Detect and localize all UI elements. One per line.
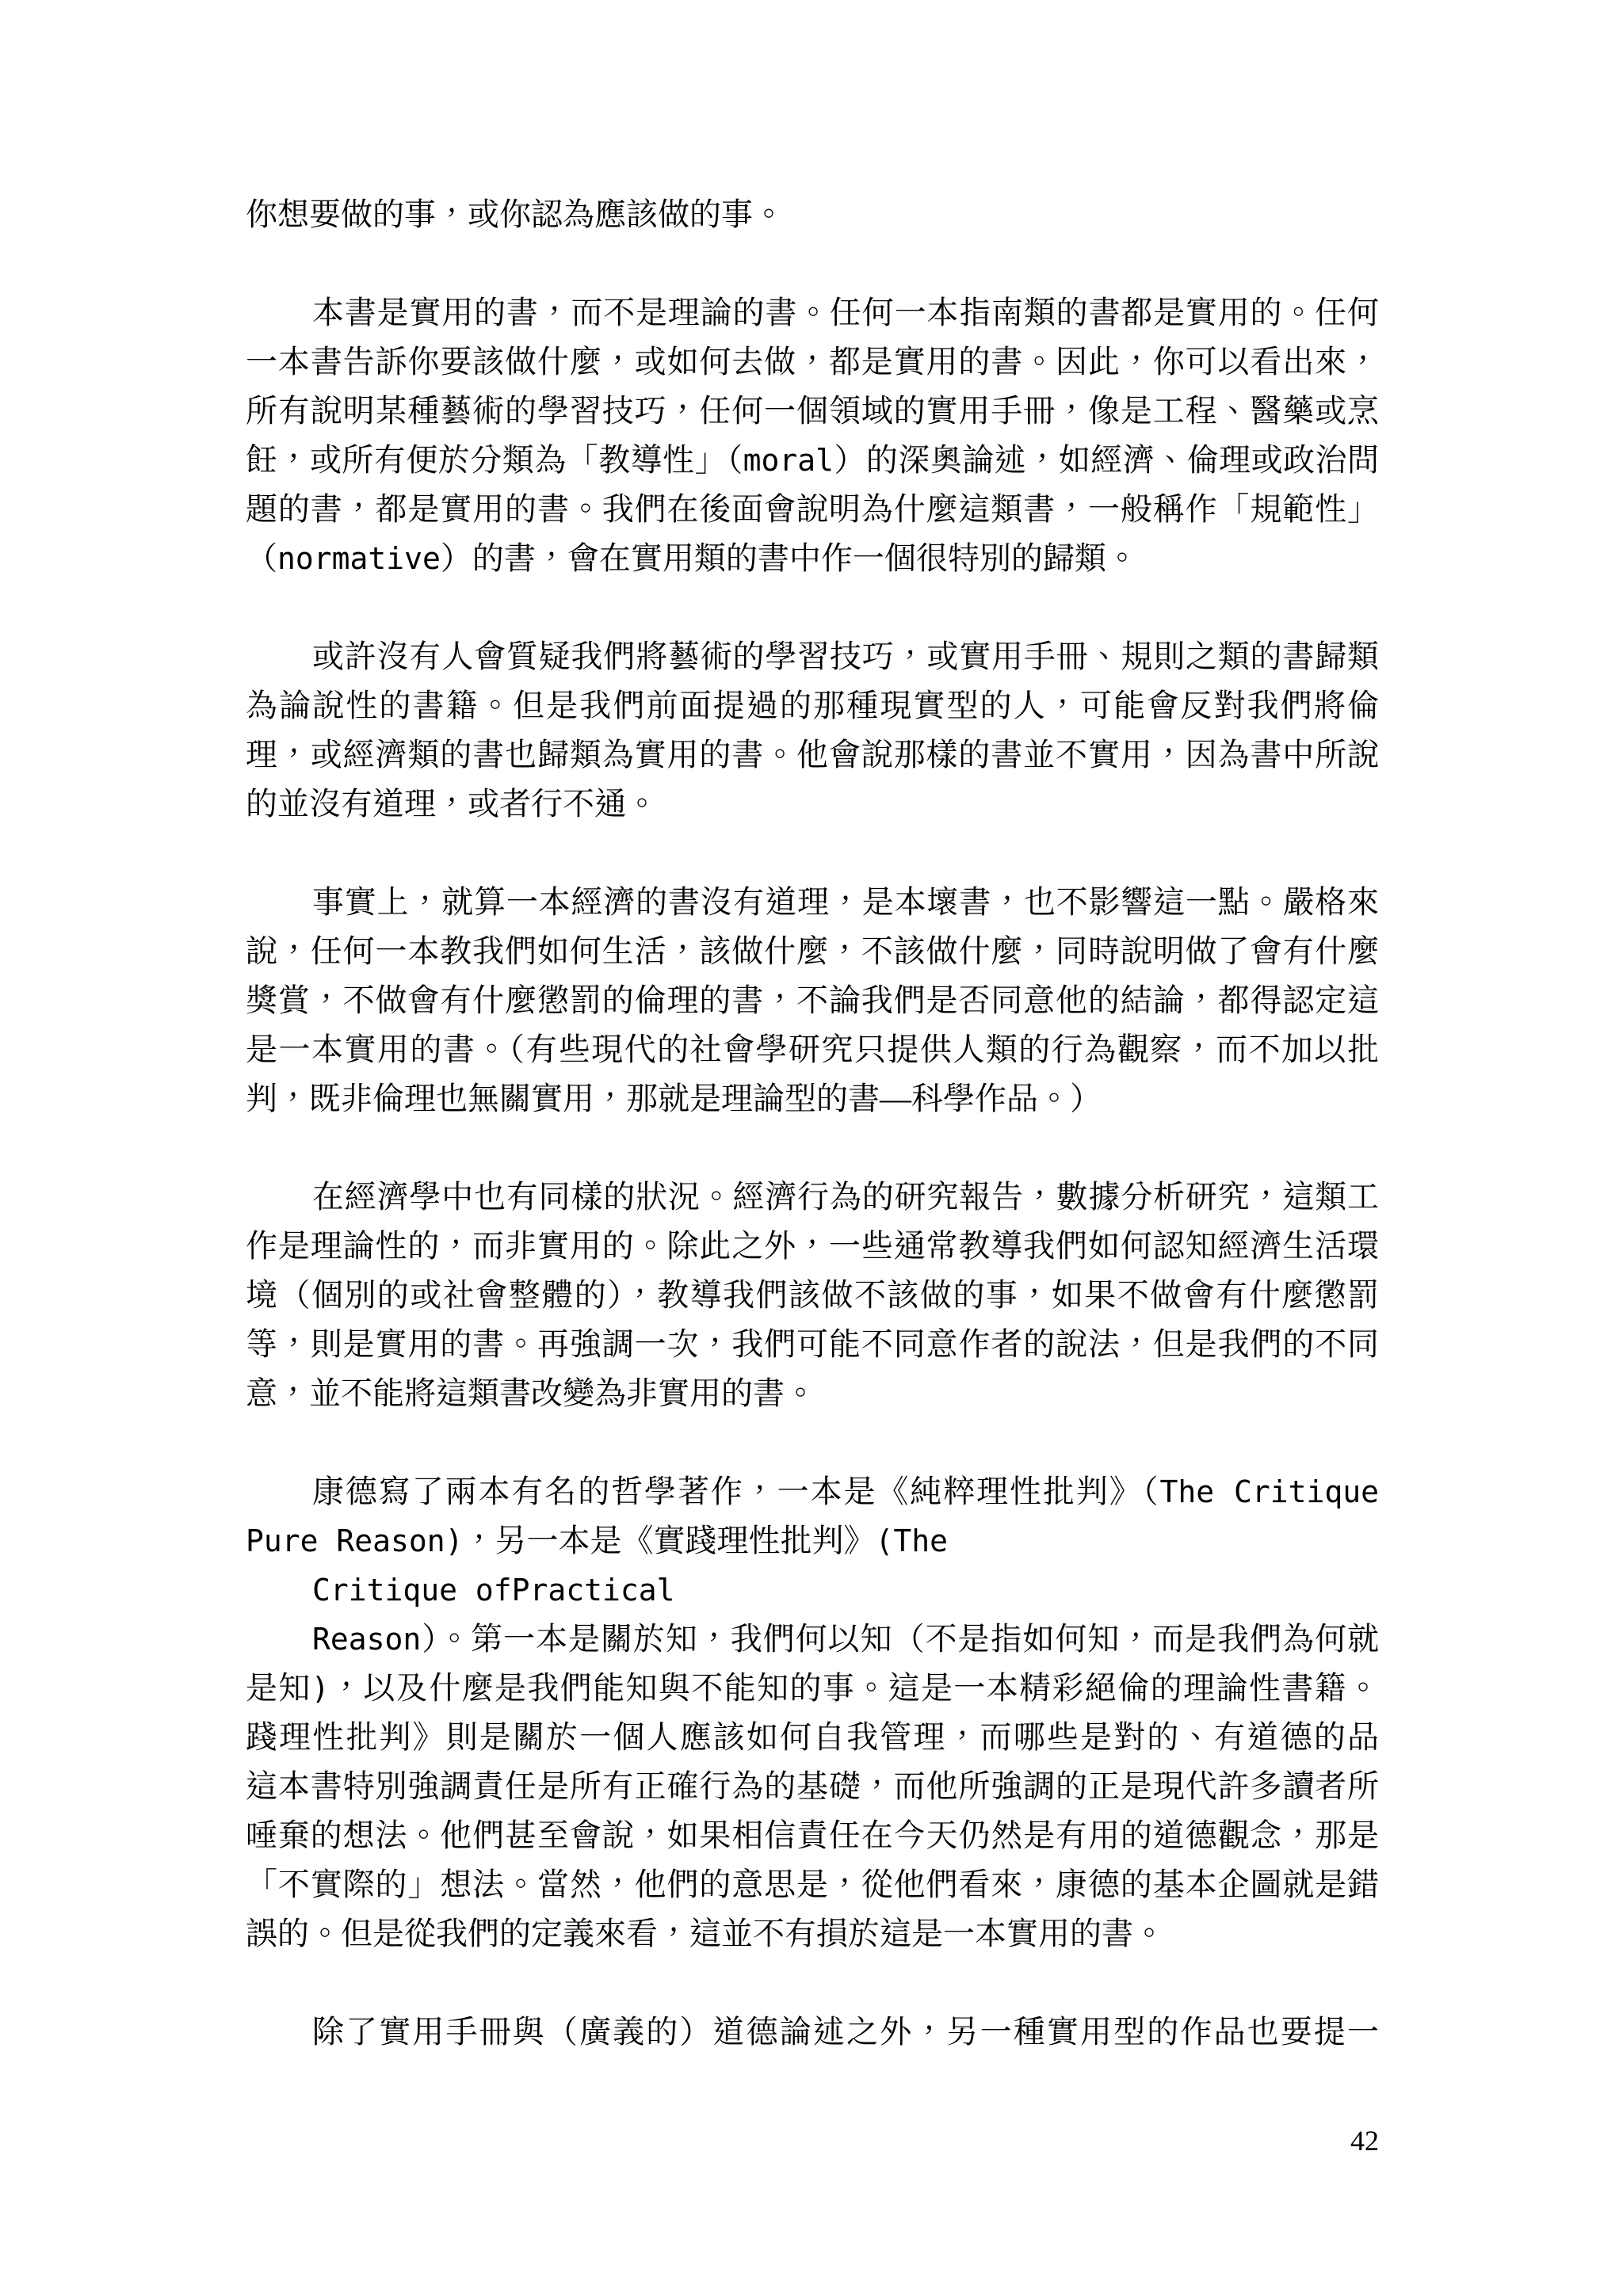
cjk-text-run: （ [246,540,277,576]
cjk-text-run: 這本書特別強調責任是所有正確行為的基礎，而他所強調的正是現代許多讀者所 [246,1768,1379,1804]
text-line: 你想要做的事，或你認為應該做的事。 [246,190,1379,239]
text-line: 本書是實用的書，而不是理論的書。任何一本指南類的書都是實用的。任何 [246,288,1379,338]
page-number: 42 [246,2125,1379,2157]
text-line: 判，既非倫理也無關實用，那就是理論型的書—科學作品。） [246,1074,1379,1123]
cjk-text-run: 為論說性的書籍。但是我們前面提過的那種現實型的人，可能會反對我們將倫 [246,688,1379,723]
text-line: Pure Reason)，另一本是《實踐理性批判》(The [246,1516,1379,1566]
cjk-text-run: 是知 [246,1670,311,1706]
text-line: 理，或經濟類的書也歸類為實用的書。他會說那樣的書並不實用，因為書中所說 [246,730,1379,780]
paragraph: 除了實用手冊與（廣義的）道德論述之外，另一種實用型的作品也要提一下。 [246,2008,1379,2057]
cjk-text-run: 除了實用手冊與（廣義的）道德論述之外，另一種實用型的作品也要提一下。 [246,2014,1379,2057]
cjk-text-run: 說，任何一本教我們如何生活，該做什麼，不該做什麼，同時說明做了會有什麼 [246,933,1379,969]
latin-text-run: Pure Reason) [246,1524,464,1558]
cjk-text-run: ）的書，會在實用類的書中作一個很特別的歸類。 [441,540,1138,576]
text-line: 的並沒有道理，或者行不通。 [246,780,1379,829]
paragraph: 本書是實用的書，而不是理論的書。任何一本指南類的書都是實用的。任何一本書告訴你要… [246,288,1379,583]
text-line: 境（個別的或社會整體的），教導我們該做不該做的事，如果不做會有什麼懲罰 [246,1271,1379,1320]
paragraph: 事實上，就算一本經濟的書沒有道理，是本壞書，也不影響這一點。嚴格來說，任何一本教… [246,878,1379,1123]
latin-text-run: normative [277,541,441,576]
cjk-text-run: 踐理性批判》則是關於一個人應該如何自我管理，而哪些是對的、有道德的品行。 [246,1719,1379,1762]
document-page: 你想要做的事，或你認為應該做的事。本書是實用的書，而不是理論的書。任何一本指南類… [0,0,1623,2296]
cjk-text-run: ）。第一本是關於知，我們何以知（不是指如何知，而是我們為何就 [421,1621,1379,1657]
cjk-text-run: 所有說明某種藝術的學習技巧，任何一個領域的實用手冊，像是工程、醫藥或烹 [246,393,1379,429]
text-line: 在經濟學中也有同樣的狀況。經濟行為的研究報告，數據分析研究，這類工 [246,1173,1379,1222]
cjk-text-run: 飪，或所有便於分類為「教導性」（ [246,442,743,478]
text-line: 飪，或所有便於分類為「教導性」（moral）的深奧論述，如經濟、倫理或政治問 [246,436,1379,485]
text-line: 題的書，都是實用的書。我們在後面會說明為什麼這類書，一般稱作「規範性」 [246,485,1379,534]
text-line: 除了實用手冊與（廣義的）道德論述之外，另一種實用型的作品也要提一下。 [246,2008,1379,2057]
text-line: 誤的。但是從我們的定義來看，這並不有損於這是一本實用的書。 [246,1909,1379,1958]
text-line: 為論說性的書籍。但是我們前面提過的那種現實型的人，可能會反對我們將倫 [246,681,1379,730]
cjk-text-run: 的並沒有道理，或者行不通。 [246,786,658,822]
text-line: 康德寫了兩本有名的哲學著作，一本是《純粹理性批判》（The Critique o… [246,1467,1379,1516]
cjk-text-run: 本書是實用的書，而不是理論的書。任何一本指南類的書都是實用的。任何 [312,295,1379,330]
text-line: 唾棄的想法。他們甚至會說，如果相信責任在今天仍然是有用的道德觀念，那是 [246,1811,1379,1860]
text-line: 等，則是實用的書。再強調一次，我們可能不同意作者的說法，但是我們的不同 [246,1320,1379,1369]
latin-text-run: ) [311,1671,330,1706]
latin-text-run: Reason [312,1622,421,1657]
cjk-text-run: 意，並不能將這類書改變為非實用的書。 [246,1375,816,1411]
paragraph: 或許沒有人會質疑我們將藝術的學習技巧，或實用手冊、規則之類的書歸類為論說性的書籍… [246,632,1379,829]
cjk-text-run: 境（個別的或社會整體的），教導我們該做不該做的事，如果不做會有什麼懲罰 [246,1277,1379,1313]
cjk-text-run: 是一本實用的書。（有些現代的社會學研究只提供人類的行為觀察，而不加以批 [246,1032,1379,1067]
cjk-text-run: 理，或經濟類的書也歸類為實用的書。他會說那樣的書並不實用，因為書中所說 [246,737,1379,772]
cjk-text-run: 唾棄的想法。他們甚至會說，如果相信責任在今天仍然是有用的道德觀念，那是 [246,1817,1379,1853]
cjk-text-run: 在經濟學中也有同樣的狀況。經濟行為的研究報告，數據分析研究，這類工 [312,1179,1379,1215]
text-line: 事實上，就算一本經濟的書沒有道理，是本壞書，也不影響這一點。嚴格來 [246,878,1379,927]
text-line: 這本書特別強調責任是所有正確行為的基礎，而他所強調的正是現代許多讀者所 [246,1762,1379,1811]
latin-text-run: moral [743,443,834,478]
latin-text-run: Critique ofPractical [312,1573,675,1608]
cjk-text-run: 判，既非倫理也無關實用，那就是理論型的書—科學作品。） [246,1081,1102,1116]
cjk-text-run: 「不實際的」想法。當然，他們的意思是，從他們看來，康德的基本企圖就是錯 [246,1867,1379,1902]
paragraph: 康德寫了兩本有名的哲學著作，一本是《純粹理性批判》（The Critique o… [246,1467,1379,1958]
text-line: 作是理論性的，而非實用的。除此之外，一些通常教導我們如何認知經濟生活環 [246,1222,1379,1271]
cjk-text-run: 獎賞，不做會有什麼懲罰的倫理的書，不論我們是否同意他的結論，都得認定這 [246,982,1379,1018]
cjk-text-run: 等，則是實用的書。再強調一次，我們可能不同意作者的說法，但是我們的不同 [246,1326,1379,1362]
paragraph: 在經濟學中也有同樣的狀況。經濟行為的研究報告，數據分析研究，這類工作是理論性的，… [246,1173,1379,1418]
text-line: Reason）。第一本是關於知，我們何以知（不是指如何知，而是我們為何就 [246,1615,1379,1664]
text-line: 踐理性批判》則是關於一個人應該如何自我管理，而哪些是對的、有道德的品行。 [246,1713,1379,1762]
paragraph: 你想要做的事，或你認為應該做的事。 [246,190,1379,239]
cjk-text-run: ，以及什麼是我們能知與不能知的事。這是一本精彩絕倫的理論性書籍。《實 [246,1670,1379,1713]
cjk-text-run: 作是理論性的，而非實用的。除此之外，一些通常教導我們如何認知經濟生活環 [246,1228,1379,1264]
text-line: 意，並不能將這類書改變為非實用的書。 [246,1369,1379,1418]
text-line: （normative）的書，會在實用類的書中作一個很特別的歸類。 [246,534,1379,583]
cjk-text-run: ）的深奧論述，如經濟、倫理或政治問 [834,442,1379,478]
text-line: 或許沒有人會質疑我們將藝術的學習技巧，或實用手冊、規則之類的書歸類 [246,632,1379,681]
text-line: 一本書告訴你要該做什麼，或如何去做，都是實用的書。因此，你可以看出來， [246,338,1379,387]
latin-text-run: (The [876,1524,949,1558]
text-line: 是知)，以及什麼是我們能知與不能知的事。這是一本精彩絕倫的理論性書籍。《實 [246,1664,1379,1713]
text-line: 「不實際的」想法。當然，他們的意思是，從他們看來，康德的基本企圖就是錯 [246,1860,1379,1909]
cjk-text-run: 題的書，都是實用的書。我們在後面會說明為什麼這類書，一般稱作「規範性」 [246,491,1379,527]
text-line: Critique ofPractical [246,1566,1379,1615]
text-line: 獎賞，不做會有什麼懲罰的倫理的書，不論我們是否同意他的結論，都得認定這 [246,976,1379,1025]
cjk-text-run: 一本書告訴你要該做什麼，或如何去做，都是實用的書。因此，你可以看出來， [246,344,1379,379]
text-line: 是一本實用的書。（有些現代的社會學研究只提供人類的行為觀察，而不加以批 [246,1025,1379,1074]
cjk-text-run: 康德寫了兩本有名的哲學著作，一本是《純粹理性批判》（ [312,1474,1160,1509]
cjk-text-run: 或許沒有人會質疑我們將藝術的學習技巧，或實用手冊、規則之類的書歸類 [312,639,1379,674]
text-line: 所有說明某種藝術的學習技巧，任何一個領域的實用手冊，像是工程、醫藥或烹 [246,387,1379,436]
text-line: 說，任何一本教我們如何生活，該做什麼，不該做什麼，同時說明做了會有什麼 [246,927,1379,976]
cjk-text-run: 事實上，就算一本經濟的書沒有道理，是本壞書，也不影響這一點。嚴格來 [312,884,1379,920]
body-text: 你想要做的事，或你認為應該做的事。本書是實用的書，而不是理論的書。任何一本指南類… [246,190,1379,2057]
cjk-text-run: ，另一本是《實踐理性批判》 [464,1523,876,1558]
cjk-text-run: 誤的。但是從我們的定義來看，這並不有損於這是一本實用的書。 [246,1916,1165,1951]
cjk-text-run: 你想要做的事，或你認為應該做的事。 [246,196,785,232]
